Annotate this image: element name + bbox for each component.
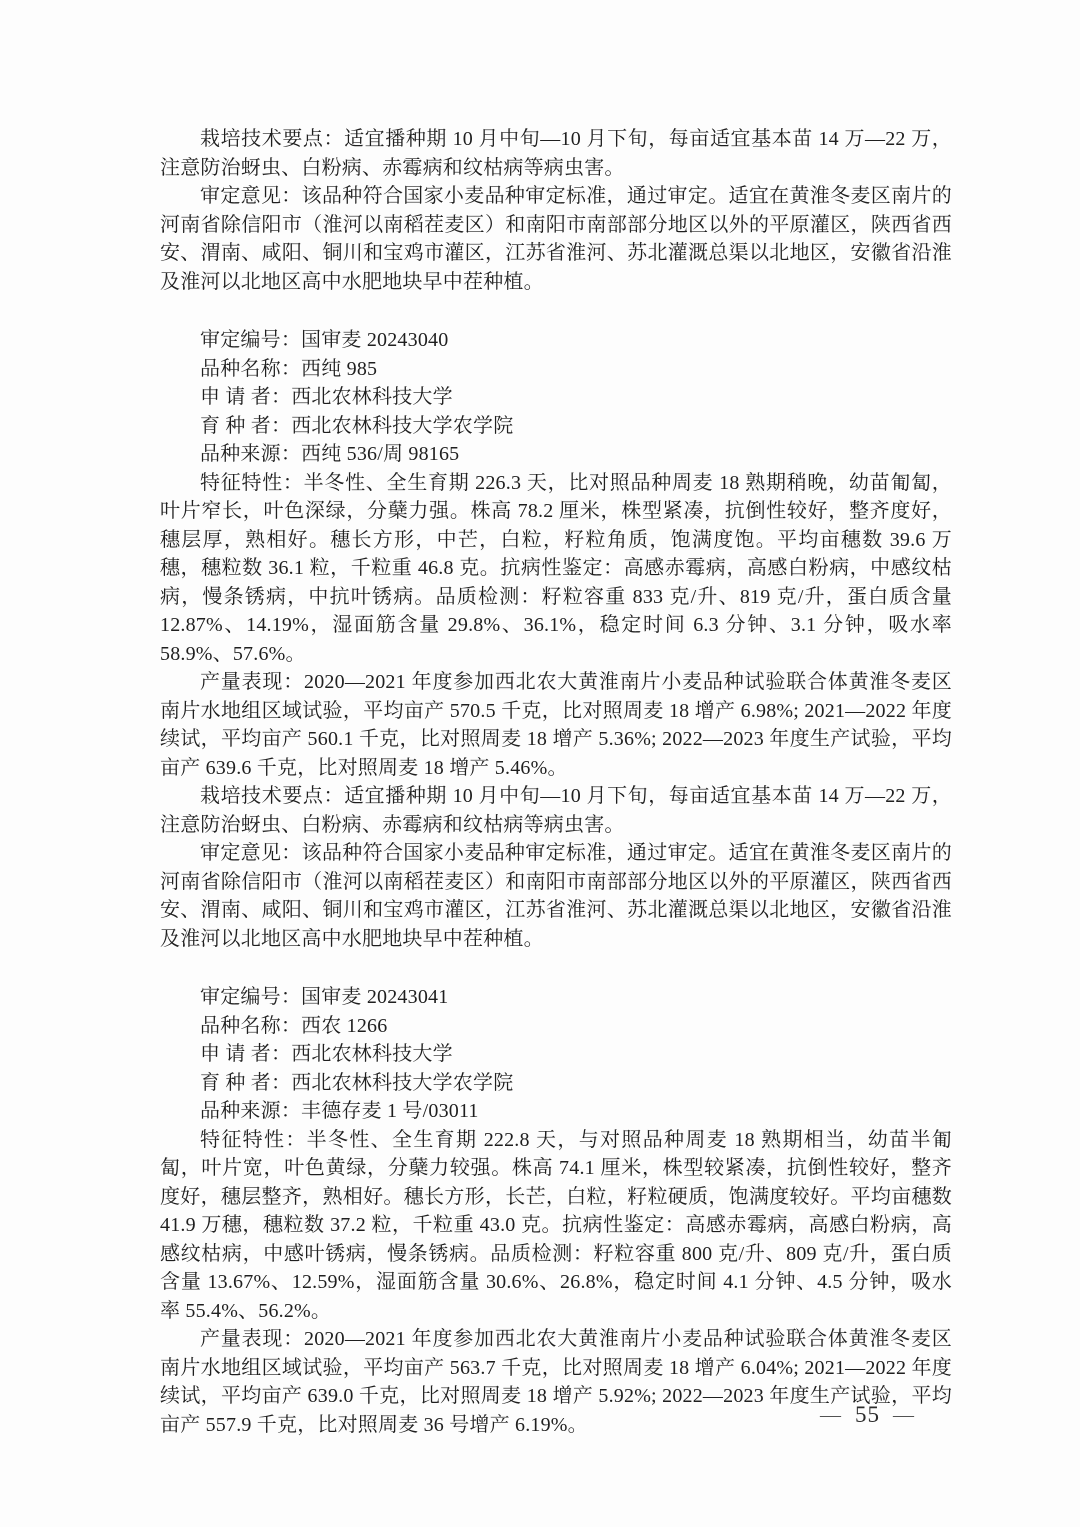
field-label: 品种名称 <box>200 358 281 380</box>
field-value: 西北农林科技大学 <box>291 1043 453 1065</box>
field-colon: ： <box>271 415 291 437</box>
field-value: 丰德存麦 1 号/03011 <box>301 1100 479 1122</box>
field-colon: ： <box>281 1100 301 1122</box>
field-label: 育 种 者 <box>200 415 271 437</box>
field-label: 品种来源 <box>200 443 281 465</box>
field-colon: ： <box>281 986 301 1008</box>
paragraph-cultivation-3040: 栽培技术要点：适宜播种期 10 月中旬—10 月下旬，每亩适宜基本苗 14 万—… <box>160 782 952 839</box>
field-value: 国审麦 20243040 <box>301 329 448 351</box>
paragraph-yield-3040: 产量表现：2020—2021 年度参加西北农大黄淮南片小麦品种试验联合体黄淮冬麦… <box>160 668 952 782</box>
section-gap <box>160 953 952 983</box>
field-colon: ： <box>281 1015 301 1037</box>
document-page: 栽培技术要点：适宜播种期 10 月中旬—10 月下旬，每亩适宜基本苗 14 万—… <box>0 0 1080 1527</box>
field-colon: ： <box>271 1043 291 1065</box>
field-applicant: 申 请 者：西北农林科技大学 <box>160 1040 952 1069</box>
field-value: 国审麦 20243041 <box>301 986 448 1008</box>
field-label: 申 请 者 <box>200 386 271 408</box>
page-footer: — 55 — <box>820 1402 915 1428</box>
footer-right-dash: — <box>893 1405 915 1425</box>
paragraph-approval-opinion-3040: 审定意见：该品种符合国家小麦品种审定标准，通过审定。适宜在黄淮冬麦区南片的河南省… <box>160 839 952 953</box>
field-colon: ： <box>281 329 301 351</box>
field-value: 西北农林科技大学 <box>291 386 453 408</box>
field-colon: ： <box>281 443 301 465</box>
field-breeder: 育 种 者：西北农林科技大学农学院 <box>160 412 952 441</box>
page-number: 55 <box>855 1402 880 1428</box>
paragraph-characteristics-3041: 特征特性：半冬性、全生育期 222.8 天，与对照品种周麦 18 熟期相当，幼苗… <box>160 1126 952 1326</box>
field-label: 审定编号 <box>200 986 281 1008</box>
field-label: 品种来源 <box>200 1100 281 1122</box>
field-colon: ： <box>281 358 301 380</box>
field-value: 西纯 985 <box>301 358 377 380</box>
section-gap <box>160 296 952 326</box>
field-label: 申 请 者 <box>200 1043 271 1065</box>
field-colon: ： <box>271 1072 291 1094</box>
field-value: 西北农林科技大学农学院 <box>291 1072 513 1094</box>
field-value: 西纯 536/周 98165 <box>301 443 459 465</box>
field-breeder: 育 种 者：西北农林科技大学农学院 <box>160 1069 952 1098</box>
field-approval-number: 审定编号：国审麦 20243041 <box>160 983 952 1012</box>
footer-left-dash: — <box>820 1405 842 1425</box>
field-label: 育 种 者 <box>200 1072 271 1094</box>
field-approval-number: 审定编号：国审麦 20243040 <box>160 326 952 355</box>
field-label: 审定编号 <box>200 329 281 351</box>
field-applicant: 申 请 者：西北农林科技大学 <box>160 383 952 412</box>
paragraph-cultivation-prev: 栽培技术要点：适宜播种期 10 月中旬—10 月下旬，每亩适宜基本苗 14 万—… <box>160 125 952 182</box>
field-variety-source: 品种来源：西纯 536/周 98165 <box>160 440 952 469</box>
field-value: 西北农林科技大学农学院 <box>291 415 513 437</box>
field-variety-name: 品种名称：西纯 985 <box>160 355 952 384</box>
field-variety-source: 品种来源：丰德存麦 1 号/03011 <box>160 1097 952 1126</box>
field-label: 品种名称 <box>200 1015 281 1037</box>
paragraph-characteristics-3040: 特征特性：半冬性、全生育期 226.3 天，比对照品种周麦 18 熟期稍晚，幼苗… <box>160 469 952 669</box>
page-body-text: 栽培技术要点：适宜播种期 10 月中旬—10 月下旬，每亩适宜基本苗 14 万—… <box>160 125 952 1439</box>
field-value: 西农 1266 <box>301 1015 387 1037</box>
paragraph-approval-opinion-prev: 审定意见：该品种符合国家小麦品种审定标准，通过审定。适宜在黄淮冬麦区南片的河南省… <box>160 182 952 296</box>
field-variety-name: 品种名称：西农 1266 <box>160 1012 952 1041</box>
field-colon: ： <box>271 386 291 408</box>
